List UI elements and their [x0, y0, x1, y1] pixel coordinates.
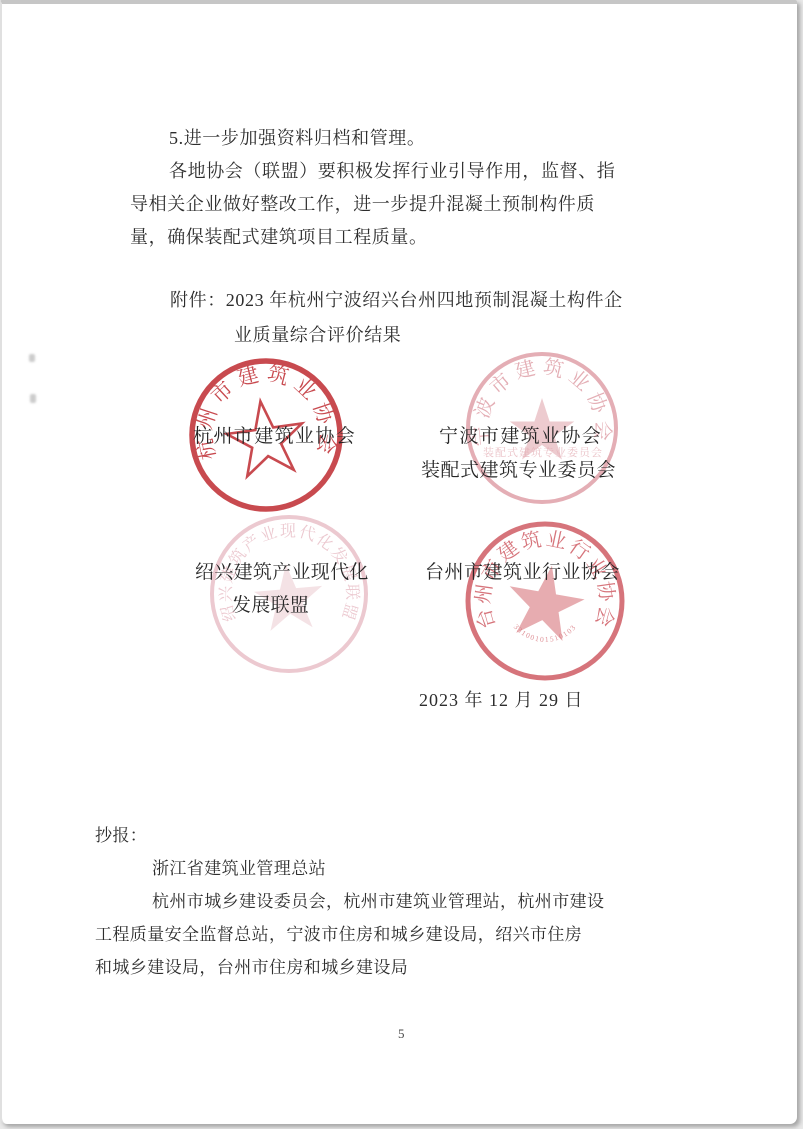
paragraph-line-2: 导相关企业做好整改工作，进一步提升混凝土预制构件质	[130, 194, 595, 216]
page-number: 5	[398, 1026, 405, 1042]
copy-to-line-2: 杭州市城乡建设委员会，杭州市建筑业管理站，杭州市建设	[152, 892, 604, 912]
seal-serial-number: 33100101510103	[512, 622, 578, 644]
signature-org-shaoxing-line1: 绍兴建筑产业现代化	[195, 562, 369, 585]
paragraph-line-3: 量，确保装配式建筑项目工程质量。	[130, 227, 428, 249]
list-item-5: 5.进一步加强资料归档和管理。	[169, 128, 426, 150]
taizhou-association-seal: 台州市建筑业行业协会 33100101510103	[468, 524, 622, 678]
attachment-line-1: 附件：2023 年杭州宁波绍兴台州四地预制混凝土构件企	[170, 290, 623, 312]
copy-to-line-1: 浙江省建筑业管理总站	[152, 859, 326, 879]
paragraph-line-1: 各地协会（联盟）要积极发挥行业引导作用，监督、指	[169, 161, 615, 183]
copy-to-label: 抄报：	[95, 826, 147, 846]
signature-org-ningbo-line1: 宁波市建筑业协会	[439, 426, 602, 449]
seal-ring	[468, 524, 622, 678]
copy-to-line-4: 和城乡建设局，台州市住房和城乡建设局	[95, 958, 408, 978]
signature-org-taizhou: 台州市建筑业行业协会	[425, 562, 620, 585]
seal-ring	[212, 517, 366, 671]
document-page: 杭州市建筑业协会 宁波市建筑业协会 装配式建筑专业委员会 绍兴建筑产业现代化发展…	[0, 0, 797, 1124]
copy-to-line-3: 工程质量安全监督总站，宁波市住房和城乡建设局，绍兴市住房	[95, 925, 582, 945]
document-date: 2023 年 12 月 29 日	[419, 690, 584, 712]
signature-org-shaoxing-line2: 发展联盟	[232, 595, 309, 618]
signature-org-hangzhou: 杭州市建筑业协会	[193, 426, 356, 449]
scan-smudge	[30, 394, 36, 403]
scan-smudge	[29, 354, 35, 362]
shaoxing-alliance-seal: 绍兴建筑产业现代化发展联盟	[212, 517, 366, 671]
attachment-line-2: 业质量综合评价结果	[234, 325, 401, 347]
signature-org-ningbo-line2: 装配式建筑专业委员会	[421, 460, 616, 483]
